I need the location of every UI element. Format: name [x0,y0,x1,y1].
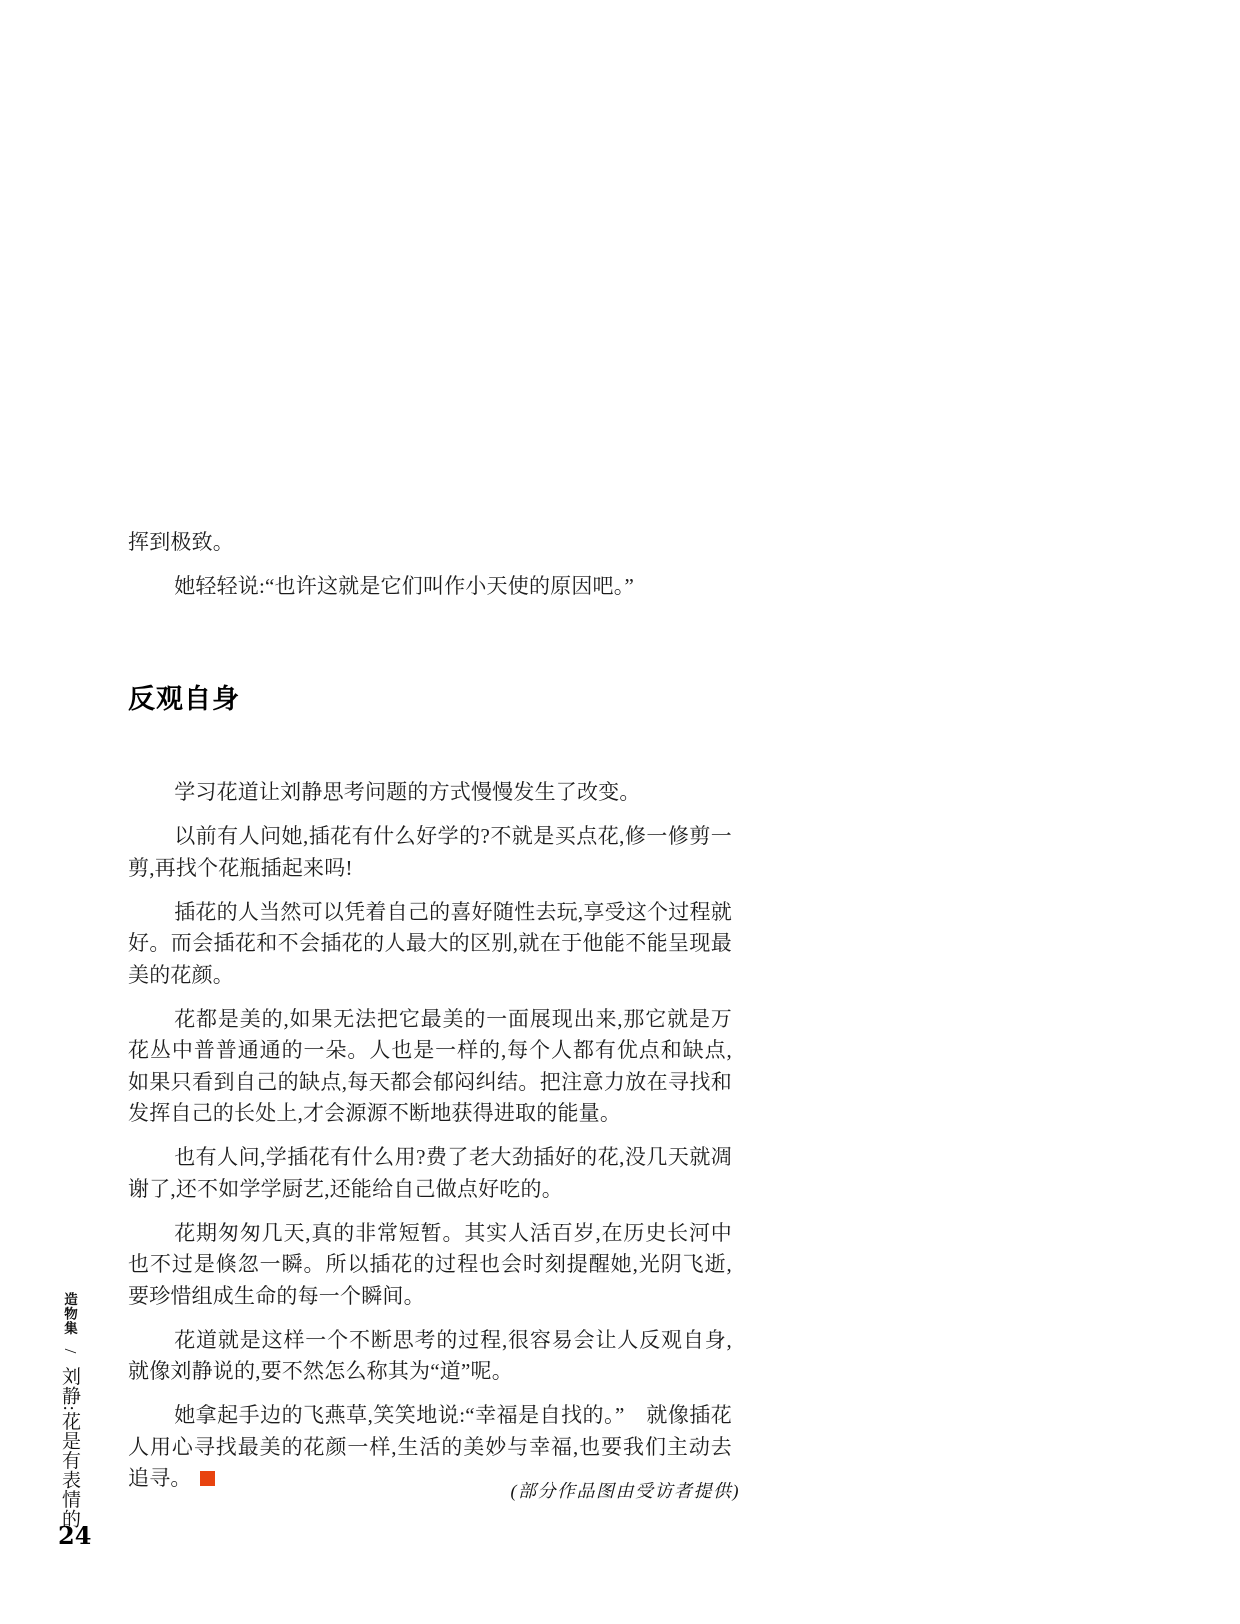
paragraph: 学习花道让刘静思考问题的方式慢慢发生了改变。 [128,777,732,809]
intro-block: 挥到极致。 她轻轻说:“也许这就是它们叫作小天使的原因吧。” [128,527,732,603]
body-paragraphs: 学习花道让刘静思考问题的方式慢慢发生了改变。 以前有人问她,插花有什么好学的?不… [128,777,732,1495]
series-label: 造物集 [62,1292,77,1336]
paragraph-continuation: 挥到极致。 [128,527,732,559]
slash-separator-icon: / [61,1342,77,1360]
article-title-vertical: 刘静:花是有表情的 [59,1367,80,1529]
paragraph: 花期匆匆几天,真的非常短暂。其实人活百岁,在历史长河中也不过是倏忽一瞬。所以插花… [128,1218,732,1313]
magazine-page: 造物集 / 刘静:花是有表情的 24 挥到极致。 她轻轻说:“也许这就是它们叫作… [0,0,1240,1624]
footnote-credit: (部分作品图由受访者提供) [128,1477,740,1505]
paragraph: 花道就是这样一个不断思考的过程,很容易会让人反观自身,就像刘静说的,要不然怎么称… [128,1325,732,1388]
paragraph: 花都是美的,如果无法把它最美的一面展现出来,那它就是万花丛中普普通通的一朵。人也… [128,1004,732,1130]
paragraph: 以前有人问她,插花有什么好学的?不就是买点花,修一修剪一剪,再找个花瓶插起来吗! [128,821,732,884]
section-heading: 反观自身 [128,682,240,716]
sidebar-vertical-title: 造物集 / 刘静:花是有表情的 [58,1292,80,1528]
paragraph: 也有人问,学插花有什么用?费了老大劲插好的花,没几天就凋谢了,还不如学学厨艺,还… [128,1142,732,1205]
page-number: 24 [58,1521,91,1551]
paragraph: 插花的人当然可以凭着自己的喜好随性去玩,享受这个过程就好。而会插花和不会插花的人… [128,897,732,992]
paragraph-quote: 她轻轻说:“也许这就是它们叫作小天使的原因吧。” [128,571,732,603]
